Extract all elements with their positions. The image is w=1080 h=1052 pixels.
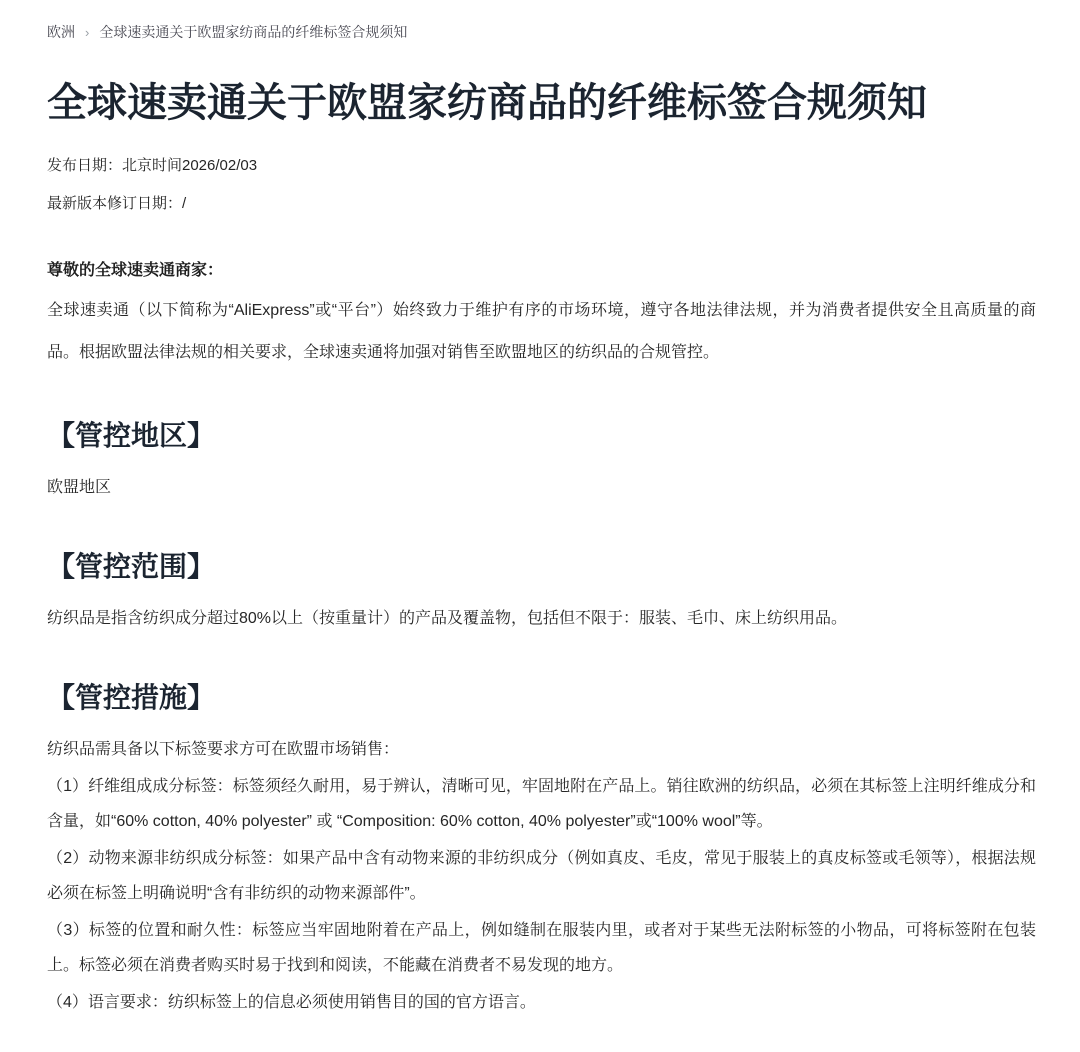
breadcrumb-current-page: 全球速卖通关于欧盟家纺商品的纤维标签合规须知 — [99, 22, 407, 42]
section-heading-control-measures: 【管控措施】 — [47, 676, 1036, 716]
breadcrumb: 欧洲 › 全球速卖通关于欧盟家纺商品的纤维标签合规须知 — [47, 22, 1036, 42]
help-article-page: 欧洲 › 全球速卖通关于欧盟家纺商品的纤维标签合规须知 全球速卖通关于欧盟家纺商… — [0, 0, 1080, 1052]
breadcrumb-link-region[interactable]: 欧洲 — [47, 22, 75, 42]
measure-item-2: （2）动物来源非纺织成分标签：如果产品中含有动物来源的非纺织成分（例如真皮、毛皮… — [47, 841, 1036, 911]
salutation: 尊敬的全球速卖通商家： — [47, 257, 1036, 280]
section-control-measures: 【管控措施】 纺织品需具备以下标签要求方可在欧盟市场销售： （1）纤维组成成分标… — [47, 676, 1036, 1020]
section-paragraph: 欧盟地区 — [47, 470, 1036, 505]
section-heading-control-region: 【管控地区】 — [47, 414, 1036, 454]
section-control-scope: 【管控范围】 纺织品是指含纺织成分超过80%以上（按重量计）的产品及覆盖物，包括… — [47, 545, 1036, 636]
revision-date: 最新版本修订日期：/ — [47, 192, 1036, 213]
measure-item-4: （4）语言要求：纺织标签上的信息必须使用销售目的国的官方语言。 — [47, 985, 1036, 1020]
breadcrumb-separator-icon: › — [85, 26, 89, 39]
measure-item-1: （1）纤维组成成分标签：标签须经久耐用，易于辨认，清晰可见，牢固地附在产品上。销… — [47, 769, 1036, 839]
measure-item-3: （3）标签的位置和耐久性：标签应当牢固地附着在产品上，例如缝制在服装内里，或者对… — [47, 913, 1036, 983]
measures-lead-paragraph: 纺织品需具备以下标签要求方可在欧盟市场销售： — [47, 732, 1036, 767]
section-paragraph: 纺织品是指含纺织成分超过80%以上（按重量计）的产品及覆盖物，包括但不限于：服装… — [47, 601, 1036, 636]
page-title: 全球速卖通关于欧盟家纺商品的纤维标签合规须知 — [47, 80, 1036, 126]
intro-paragraph: 全球速卖通（以下简称为“AliExpress”或“平台”）始终致力于维护有序的市… — [47, 290, 1036, 374]
section-heading-control-scope: 【管控范围】 — [47, 545, 1036, 585]
section-control-region: 【管控地区】 欧盟地区 — [47, 414, 1036, 505]
publish-date: 发布日期：北京时间2026/02/03 — [47, 154, 1036, 175]
